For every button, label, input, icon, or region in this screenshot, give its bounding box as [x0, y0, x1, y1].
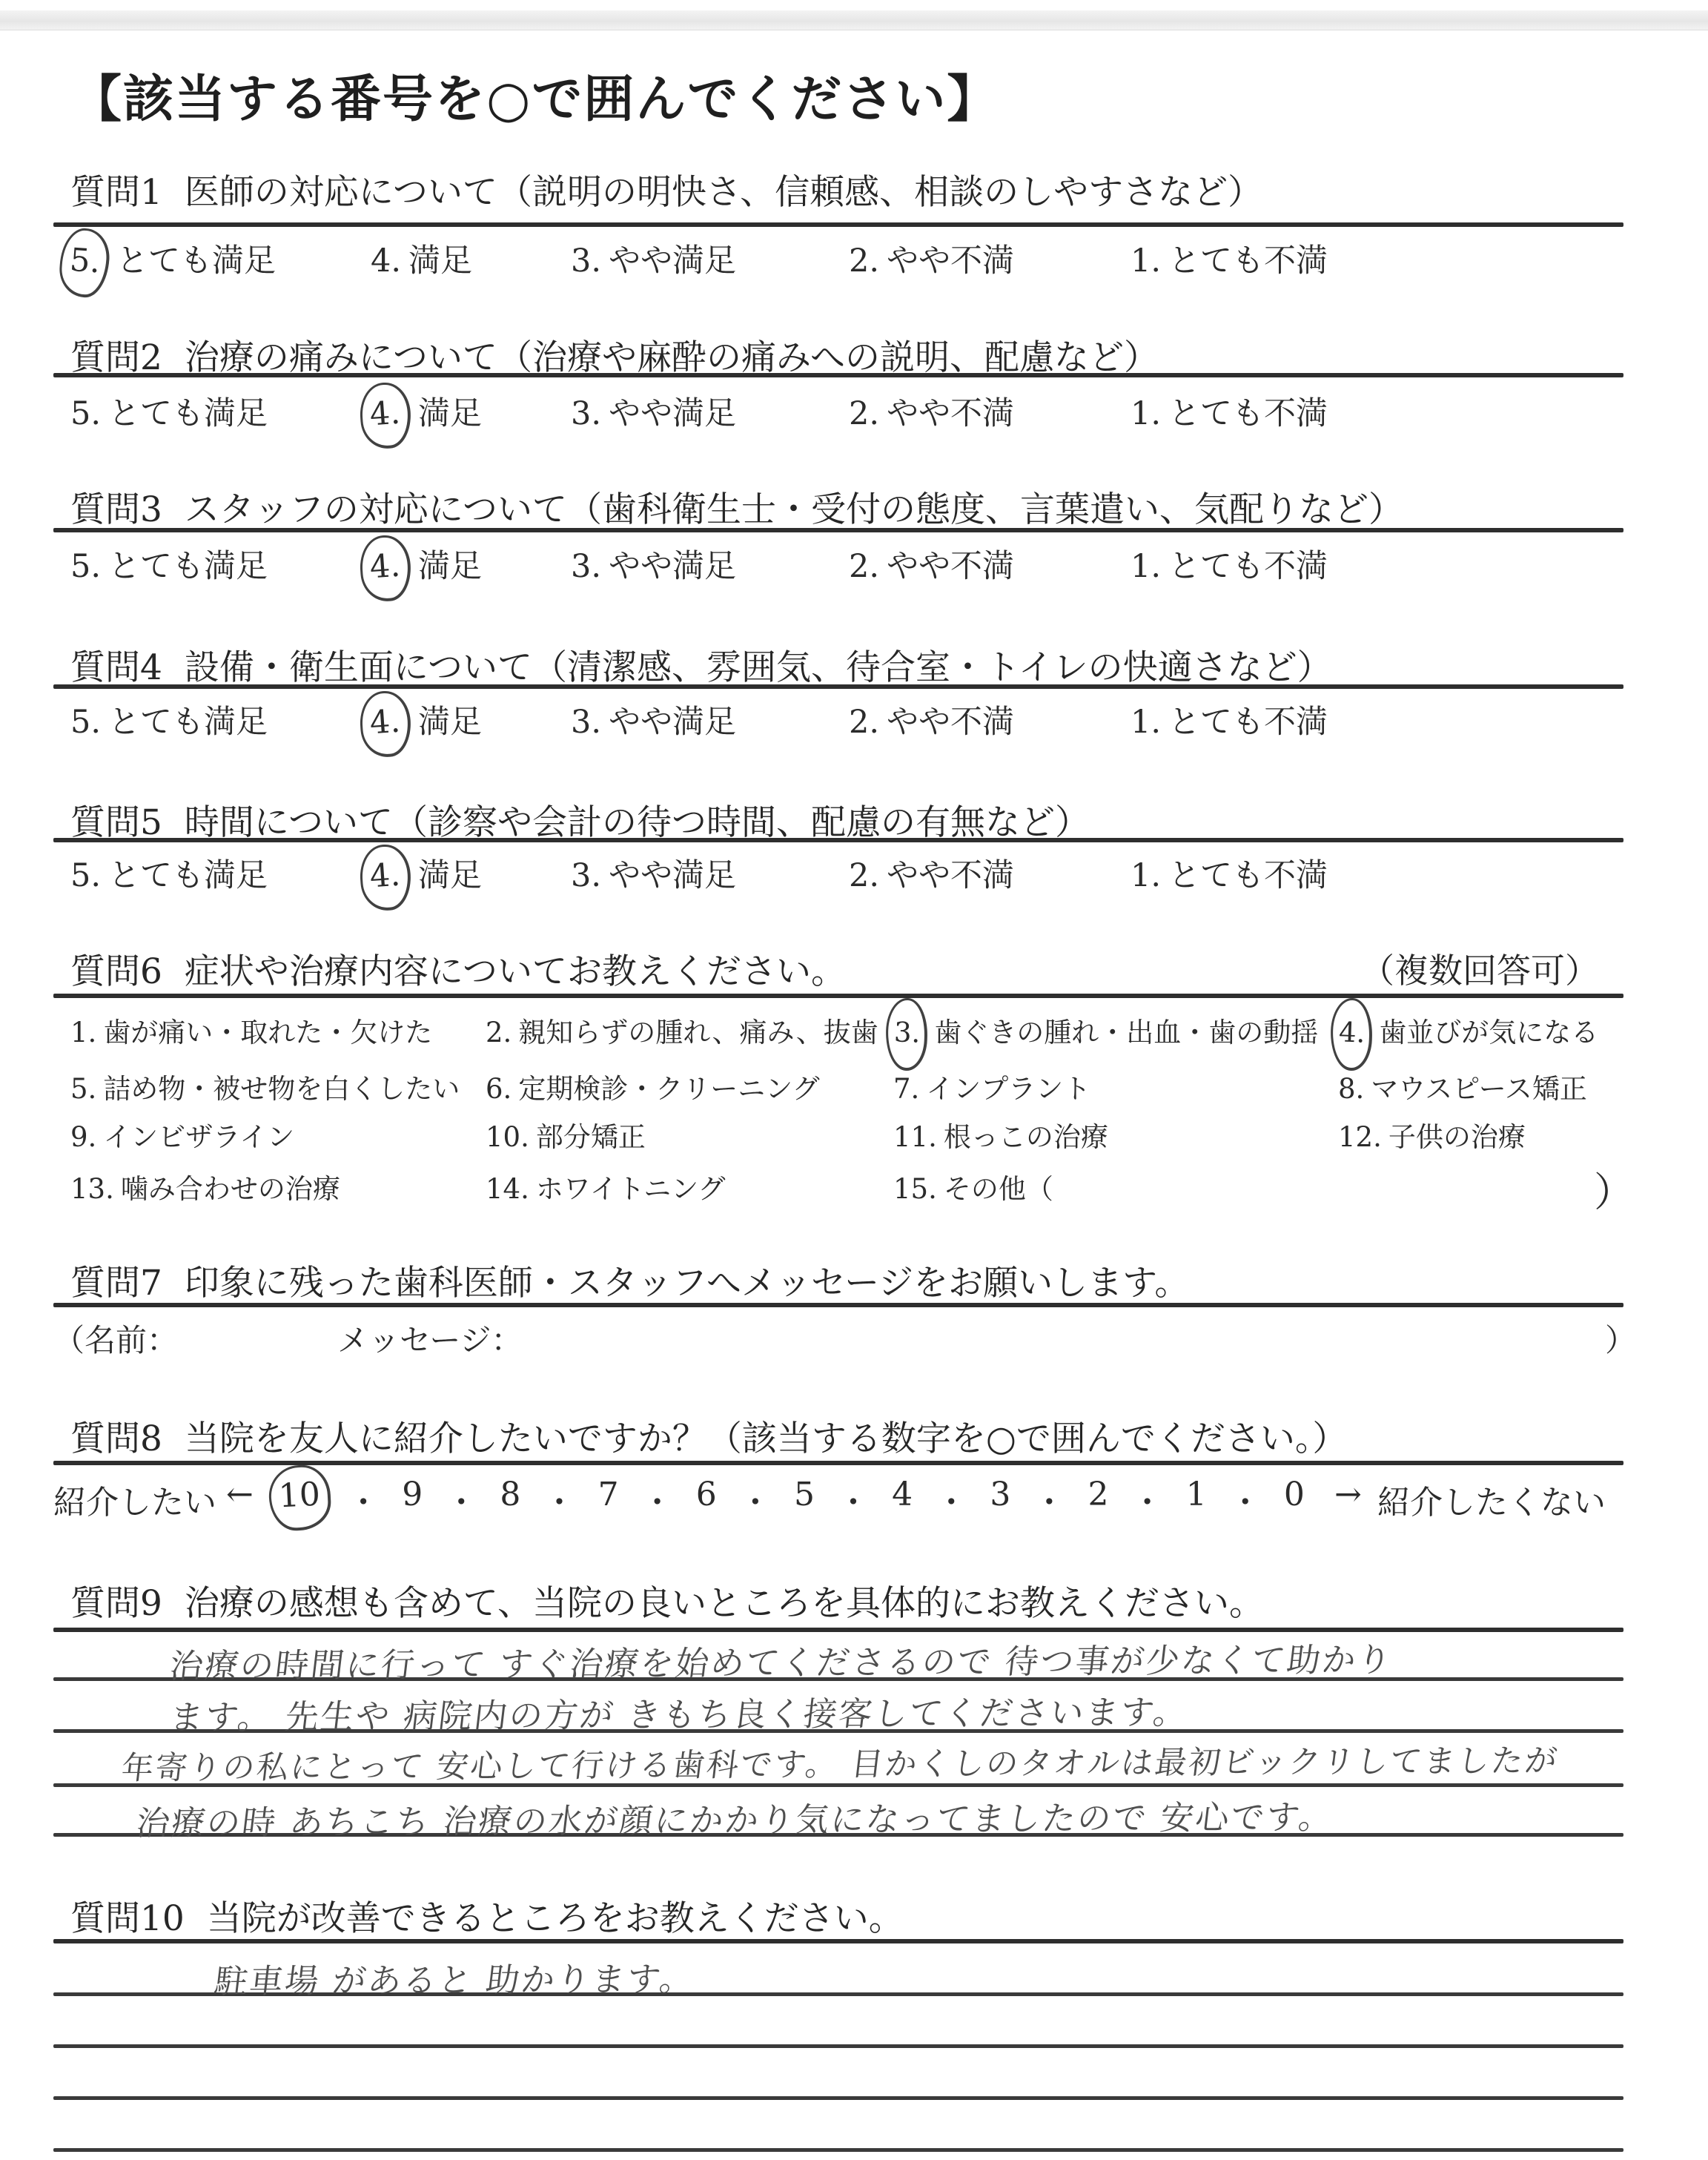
q5-option-1-label: とても不満	[1168, 857, 1328, 894]
q1-option-5: 5.とても満足	[70, 236, 276, 281]
q4-option-3: 3.やや満足	[571, 697, 736, 742]
q3-option-3: 3.やや満足	[571, 541, 736, 587]
q2-option-5: 5.とても満足	[70, 389, 268, 434]
q8-scale-5: 5	[794, 1476, 815, 1513]
q5-heading-text: 時間について（診察や会計の待つ時間、配慮の有無など）	[185, 802, 1090, 843]
q8-dot: ・	[739, 1476, 772, 1523]
q6-item-1: 1.歯が痛い・取れた・欠けた	[70, 1010, 432, 1050]
q5-option-4: 4.満足	[371, 851, 482, 896]
q7-name-label: （名前：	[53, 1316, 178, 1361]
q4-option-4: 4.満足	[371, 697, 482, 742]
q7-heading: 質問7印象に残った歯科医師・スタッフへメッセージをお願いします。	[70, 1255, 1189, 1305]
q8-right-arrow-icon: →	[1334, 1476, 1362, 1513]
q2-number: 質問2	[70, 337, 162, 378]
q6-multi-answer-note: （複数回答可）	[1360, 944, 1599, 993]
q3-option-2: 2.やや不満	[849, 541, 1014, 587]
q8-dot: ・	[935, 1476, 967, 1523]
q3-option-5: 5.とても満足	[70, 541, 268, 587]
q1-answer-circle: 5.	[58, 227, 111, 299]
q9-handwritten-line-4: 治療の時 あちこち 治療の水が顔にかかり気になってましたので 安心です。	[134, 1790, 1337, 1844]
q6-item-2: 2.親知らずの腫れ、痛み、抜歯	[486, 1010, 878, 1050]
q1-option-5-label: とても満足	[116, 242, 276, 280]
q8-dot: ・	[445, 1476, 477, 1523]
q1-heading: 質問1医師の対応について（説明の明快さ、信頼感、相談のしやすさなど）	[70, 165, 1262, 214]
q8-heading: 質問8当院を友人に紹介したいですか？（該当する数字を○で囲んでください。）	[70, 1411, 1347, 1461]
q2-heading: 質問2治療の痛みについて（治療や麻酔の痛みへの説明、配慮など）	[70, 330, 1159, 380]
q2-heading-text: 治療の痛みについて（治療や麻酔の痛みへの説明、配慮など）	[185, 337, 1159, 378]
q1-option-2-label: やや不満	[887, 242, 1014, 280]
q1-option-1-label: とても不満	[1168, 242, 1328, 280]
q1-option-3: 3.やや満足	[571, 236, 736, 281]
q6-rule	[53, 994, 1623, 998]
q3-rule	[53, 528, 1623, 532]
q6-item-15-close-paren: ）	[1594, 1160, 1634, 1218]
q4-option-1: 1.とても不満	[1131, 697, 1328, 742]
q4-option-1-label: とても不満	[1168, 704, 1328, 741]
scan-artifact-band	[0, 10, 1708, 30]
q7-rule	[53, 1303, 1623, 1307]
q6-item-4: 4.歯並びが気になる	[1338, 1010, 1598, 1050]
q6-items-row-3: 9.インビザライン 10.部分矯正 11.根っこの治療 12.子供の治療	[0, 1114, 1708, 1157]
q2-option-1: 1.とても不満	[1131, 389, 1328, 434]
q4-option-4-label: 満足	[418, 704, 482, 741]
q6-item-15: 15.その他（	[893, 1166, 1053, 1206]
q8-dot: ・	[837, 1476, 870, 1523]
q6-item-9: 9.インビザライン	[70, 1114, 294, 1155]
q9-number: 質問9	[70, 1583, 162, 1624]
q2-rule	[53, 373, 1623, 377]
q6-item-12: 12.子供の治療	[1338, 1114, 1526, 1155]
q8-dot: ・	[641, 1476, 674, 1523]
q10-rule-5	[53, 2148, 1623, 2152]
q10-heading-text: 当院が改善できるところをお教えください。	[207, 1898, 904, 1939]
q9-heading-text: 治療の感想も含めて、当院の良いところを具体的にお教えください。	[185, 1583, 1264, 1624]
q5-option-4-label: 満足	[418, 857, 482, 894]
q8-scale-9: 9	[402, 1476, 423, 1513]
q6-item-3: 3.歯ぐきの腫れ・出血・歯の動揺	[893, 1010, 1318, 1050]
q9-handwritten-line-1: 治療の時間に行って すぐ治療を始めてくださるので 待つ事が少なくて助かり	[168, 1633, 1396, 1688]
q8-scale-6: 6	[696, 1476, 717, 1513]
q8-number: 質問8	[70, 1418, 162, 1459]
q5-option-2-label: やや不満	[887, 857, 1014, 894]
q8-left-label: 紹介したい	[53, 1476, 216, 1523]
q6-item-6: 6.定期検診・クリーニング	[486, 1066, 820, 1106]
q4-rule	[53, 684, 1623, 689]
q5-rule	[53, 838, 1623, 842]
q10-heading: 質問10当院が改善できるところをお教えください。	[70, 1891, 904, 1941]
q10-rule-1	[53, 1939, 1623, 1943]
q2-option-4: 4.満足	[371, 389, 482, 434]
q2-option-2: 2.やや不満	[849, 389, 1014, 434]
q9-handwritten-line-2: ます。 先生や 病院内の方が きもち良く接客してくださいます。	[168, 1685, 1192, 1738]
q6-item-14: 14.ホワイトニング	[486, 1166, 726, 1206]
q8-right-label: 紹介したくない	[1377, 1476, 1606, 1523]
q4-number: 質問4	[70, 647, 162, 688]
q3-option-4-label: 満足	[418, 548, 482, 585]
q7-heading-text: 印象に残った歯科医師・スタッフへメッセージをお願いします。	[185, 1263, 1189, 1304]
q4-heading: 質問4設備・衛生面について（清潔感、雰囲気、待合室・トイレの快適さなど）	[70, 640, 1332, 690]
q8-dot: ・	[347, 1476, 380, 1523]
q5-option-3: 3.やや満足	[571, 851, 736, 896]
q3-option-3-label: やや満足	[609, 548, 736, 585]
q3-option-2-label: やや不満	[887, 548, 1014, 585]
q3-option-1: 1.とても不満	[1131, 541, 1328, 587]
q8-scale-8: 8	[500, 1476, 520, 1513]
q6-item-7: 7.インプラント	[893, 1066, 1090, 1106]
q4-option-2-label: やや不満	[887, 704, 1014, 741]
q4-options-row: 5.とても満足 4.満足 3.やや満足 2.やや不満 1.とても不満	[0, 697, 1708, 744]
q2-option-3: 3.やや満足	[571, 389, 736, 434]
q2-option-4-label: 満足	[418, 395, 482, 432]
q8-number-scale: 10 ・ 9 ・ 8 ・ 7 ・ 6 ・ 5 ・ 4 ・ 3 ・ 2 ・ 1 ・…	[278, 1476, 1305, 1523]
q6-item-5: 5.詰め物・被せ物を白くしたい	[70, 1066, 460, 1106]
q4-option-5: 5.とても満足	[70, 697, 268, 742]
q1-option-4: 4.満足	[371, 236, 472, 281]
q2-option-2-label: やや不満	[887, 395, 1014, 432]
q3-heading: 質問3スタッフの対応について（歯科衛生士・受付の態度、言葉遣い、気配りなど）	[70, 482, 1403, 532]
q2-answer-circle: 4.	[358, 381, 413, 451]
q1-heading-text: 医師の対応について（説明の明快さ、信頼感、相談のしやすさなど）	[185, 172, 1262, 213]
q3-option-4: 4.満足	[371, 541, 482, 587]
q5-answer-circle: 4.	[358, 843, 413, 913]
q3-option-5-label: とても満足	[108, 548, 268, 585]
q4-option-2: 2.やや不満	[849, 697, 1014, 742]
q5-options-row: 5.とても満足 4.満足 3.やや満足 2.やや不満 1.とても不満	[0, 851, 1708, 898]
q10-rule-4	[53, 2096, 1623, 2100]
page-title: 【該当する番号を○で囲んでください】	[71, 59, 999, 131]
q8-scale-1: 1	[1186, 1476, 1207, 1513]
q5-heading: 質問5時間について（診察や会計の待つ時間、配慮の有無など）	[70, 795, 1090, 845]
q8-heading-text: 当院を友人に紹介したいですか？（該当する数字を○で囲んでください。）	[185, 1418, 1348, 1459]
q1-options-row: 5.とても満足 4.満足 3.やや満足 2.やや不満 1.とても不満	[0, 236, 1708, 283]
q5-option-5-label: とても満足	[108, 857, 268, 894]
q6-item-13: 13.噛み合わせの治療	[70, 1166, 340, 1206]
q8-answer-circle-10: 10	[268, 1464, 332, 1532]
q6-item-10: 10.部分矯正	[486, 1114, 646, 1155]
q9-handwritten-line-3: 年寄りの私にとって 安心して行ける歯科です。 目かくしのタオルは最初ビックリして…	[119, 1736, 1562, 1789]
q1-number: 質問1	[70, 172, 162, 213]
q8-scale-4: 4	[892, 1476, 913, 1513]
q3-answer-circle: 4.	[358, 534, 413, 604]
q8-left-arrow-icon: ←	[226, 1476, 254, 1513]
q3-heading-text: スタッフの対応について（歯科衛生士・受付の態度、言葉遣い、気配りなど）	[185, 489, 1403, 530]
q6-heading-text: 症状や治療内容についてお教えください。	[185, 951, 846, 992]
q8-dot: ・	[543, 1476, 575, 1523]
q1-option-2: 2.やや不満	[849, 236, 1014, 281]
q6-item-8: 8.マウスピース矯正	[1338, 1066, 1587, 1106]
q1-option-4-label: 満足	[408, 242, 472, 280]
q7-number: 質問7	[70, 1263, 162, 1304]
q4-option-5-label: とても満足	[108, 704, 268, 741]
q8-dot: ・	[1131, 1476, 1164, 1523]
q10-handwritten-line-1: 駐車場 があると 助かります。	[212, 1952, 698, 2002]
q5-option-5: 5.とても満足	[70, 851, 268, 896]
q3-number: 質問3	[70, 489, 162, 530]
q5-option-2: 2.やや不満	[849, 851, 1014, 896]
q6-answer-circle-3: 3.	[884, 997, 929, 1071]
q8-dot: ・	[1033, 1476, 1065, 1523]
q6-items-row-4: 13.噛み合わせの治療 14.ホワイトニング 15.その他（ ）	[0, 1166, 1708, 1209]
q10-rule-3	[53, 2044, 1623, 2048]
q7-message-label: メッセージ：	[337, 1316, 522, 1361]
q6-items-row-1: 1.歯が痛い・取れた・欠けた 2.親知らずの腫れ、痛み、抜歯 3.歯ぐきの腫れ・…	[0, 1010, 1708, 1053]
q6-heading: 質問6症状や治療内容についてお教えください。	[70, 944, 846, 994]
q8-scale-3: 3	[990, 1476, 1010, 1513]
q2-option-5-label: とても満足	[108, 395, 268, 432]
q4-answer-circle: 4.	[358, 690, 413, 759]
q6-number: 質問6	[70, 951, 162, 992]
q9-rule-1	[53, 1628, 1623, 1632]
q1-option-1: 1.とても不満	[1131, 236, 1328, 281]
q1-option-3-label: やや満足	[609, 242, 736, 280]
q4-heading-text: 設備・衛生面について（清潔感、雰囲気、待合室・トイレの快適さなど）	[185, 647, 1332, 688]
q6-item-11: 11.根っこの治療	[893, 1114, 1108, 1155]
q6-answer-circle-4: 4.	[1329, 997, 1374, 1071]
q8-rule	[53, 1461, 1623, 1465]
q2-option-1-label: とても不満	[1168, 395, 1328, 432]
q6-items-row-2: 5.詰め物・被せ物を白くしたい 6.定期検診・クリーニング 7.インプラント 8…	[0, 1066, 1708, 1109]
q8-scale-2: 2	[1088, 1476, 1109, 1513]
q8-scale-row: 紹介したい ← 10 ・ 9 ・ 8 ・ 7 ・ 6 ・ 5 ・ 4 ・ 3 ・…	[0, 1476, 1708, 1527]
q4-option-3-label: やや満足	[609, 704, 736, 741]
q5-option-3-label: やや満足	[609, 857, 736, 894]
q10-number: 質問10	[70, 1898, 185, 1939]
q9-heading: 質問9治療の感想も含めて、当院の良いところを具体的にお教えください。	[70, 1576, 1264, 1625]
q5-number: 質問5	[70, 802, 162, 843]
q3-option-1-label: とても不満	[1168, 548, 1328, 585]
q7-answer-row: （名前： メッセージ： ）	[0, 1316, 1708, 1361]
q5-option-1: 1.とても不満	[1131, 851, 1328, 896]
q7-close-paren: ）	[1605, 1316, 1636, 1361]
q2-option-3-label: やや満足	[609, 395, 736, 432]
q2-options-row: 5.とても満足 4.満足 3.やや満足 2.やや不満 1.とても不満	[0, 389, 1708, 436]
q8-dot: ・	[1229, 1476, 1262, 1523]
q3-options-row: 5.とても満足 4.満足 3.やや満足 2.やや不満 1.とても不満	[0, 541, 1708, 589]
q8-scale-0: 0	[1284, 1476, 1305, 1513]
q8-scale-7: 7	[598, 1476, 619, 1513]
q1-rule	[53, 222, 1623, 227]
